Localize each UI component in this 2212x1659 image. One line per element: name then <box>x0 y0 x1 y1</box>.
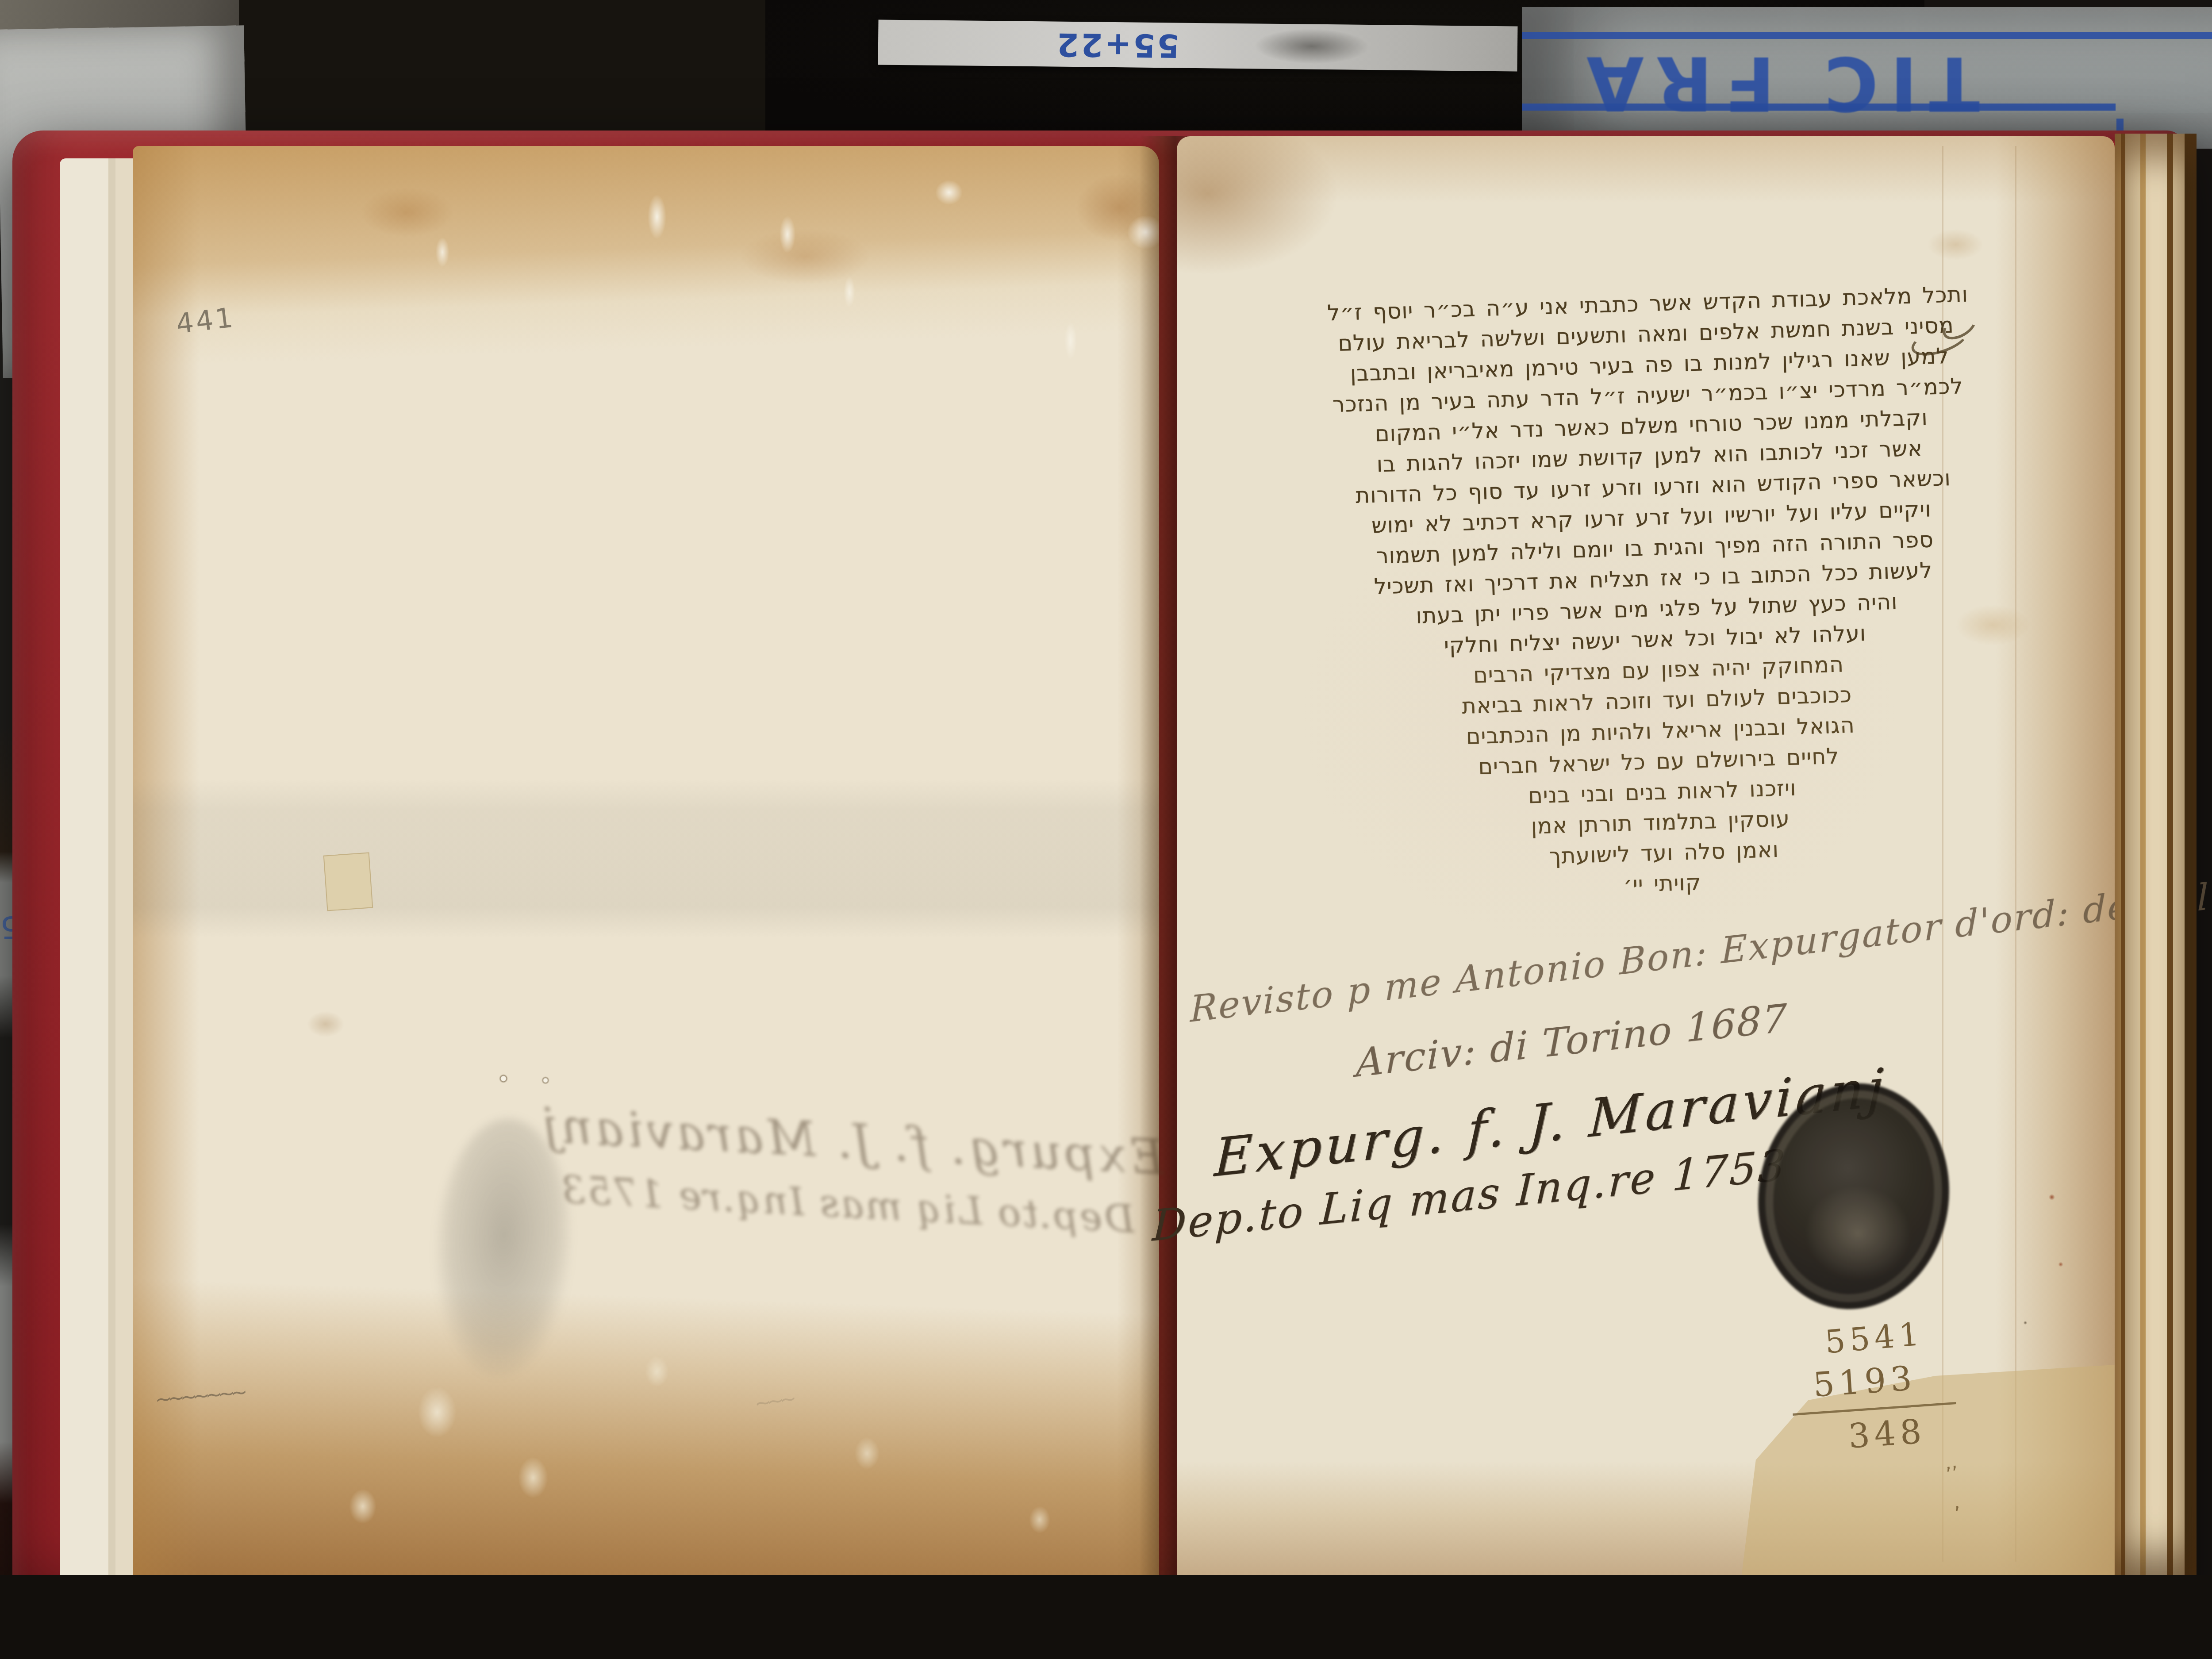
pen-flourish <box>1910 315 1977 353</box>
manuscript-photo: 5 E IND 55+22 TIC FRA 441 Expurg. f. J. … <box>0 0 2212 1659</box>
shipping-box: TIC FRA <box>1522 7 2212 149</box>
measuring-strip-text: 55+22 <box>1055 26 1180 65</box>
shelfmark-subtrahend: 5193 <box>1812 1358 1917 1405</box>
shelfmark-difference: 348 <box>1847 1411 1927 1456</box>
box-print-text: TIC FRA <box>1575 40 1980 127</box>
hebrew-colophon: ותכל מלאכת עבודת הקדש אשר כתבתי אני ע״ה … <box>1300 278 2008 909</box>
black-cloth-bottom <box>0 1575 2212 1659</box>
left-page <box>133 146 1159 1588</box>
page-crease <box>2015 146 2016 1562</box>
box-border-line <box>1522 32 2212 39</box>
fore-edge-leaves <box>2115 134 2197 1589</box>
sticker-residue <box>323 853 373 911</box>
measuring-strip: 55+22 <box>878 19 1518 71</box>
signature-offset-ghost: Expurg. f. J. Maravianj Dep.to Liq mas I… <box>564 1099 1166 1316</box>
smudge <box>1254 28 1370 65</box>
